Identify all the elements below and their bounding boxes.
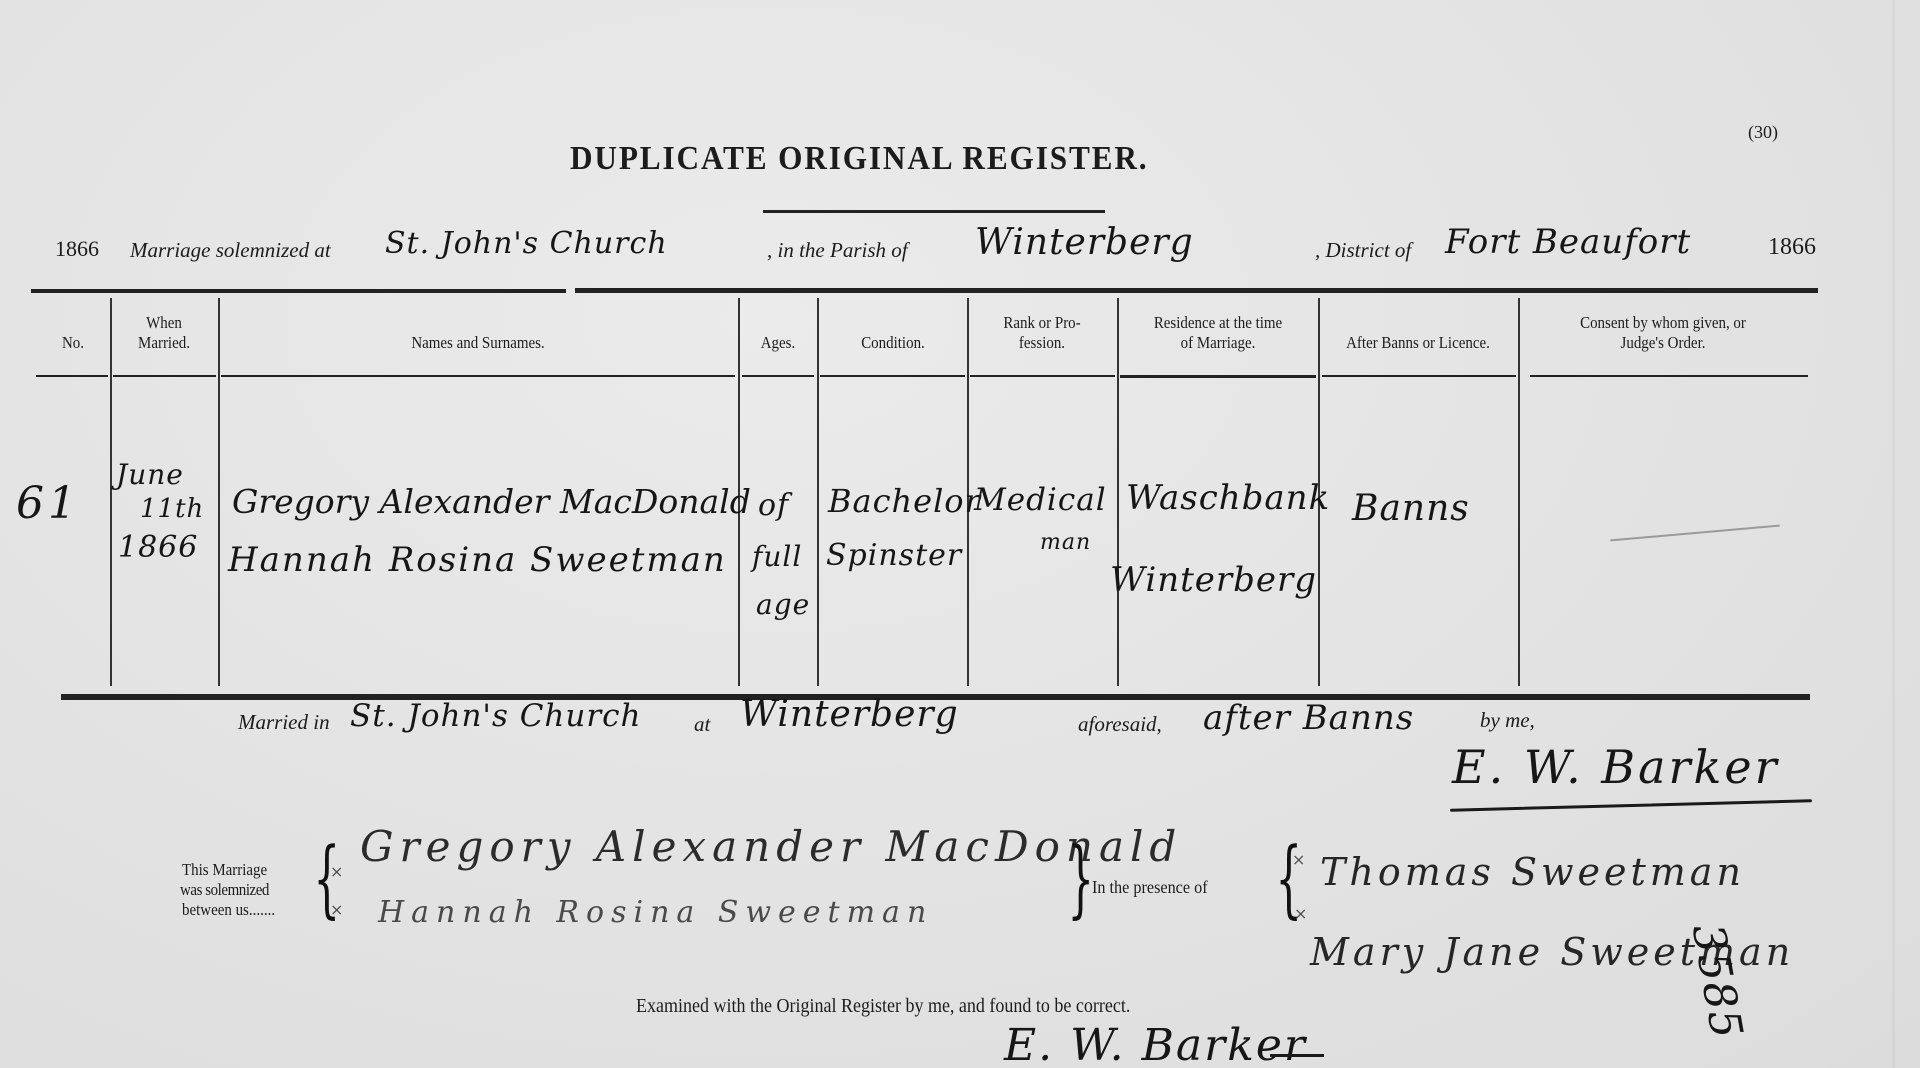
header-underline bbox=[1120, 375, 1316, 378]
ages-line3: age bbox=[756, 588, 810, 621]
header-residence-line1: Residence at the time bbox=[1131, 313, 1305, 333]
year-left: 1866 bbox=[55, 236, 99, 262]
church-field: St. John's Church bbox=[385, 226, 668, 261]
groom-residence: Waschbank bbox=[1126, 478, 1330, 518]
header-condition: Condition. bbox=[829, 333, 957, 353]
officiant-signature: E. W. Barker bbox=[1452, 740, 1780, 794]
header-banns: After Banns or Licence. bbox=[1319, 333, 1516, 353]
witness-2-mark: × bbox=[1294, 904, 1309, 923]
header-underline bbox=[1530, 375, 1808, 377]
header-rank-line1: Rank or Pro- bbox=[978, 313, 1106, 333]
header-no: No. bbox=[44, 333, 102, 353]
header-when-line2: Married. bbox=[118, 333, 210, 353]
married-in-label: Married in bbox=[238, 710, 330, 735]
header-condition-text: Condition. bbox=[861, 333, 925, 352]
header-when-line1: When bbox=[118, 313, 210, 333]
bride-name: Hannah Rosina Sweetman bbox=[228, 540, 727, 580]
header-underline bbox=[221, 375, 735, 377]
header-underline bbox=[820, 375, 965, 377]
header-when-married: When Married. bbox=[118, 313, 210, 353]
ages-line2: full bbox=[752, 540, 802, 573]
groom-name: Gregory Alexander MacDonald bbox=[232, 482, 751, 521]
groom-mark: × bbox=[330, 862, 345, 881]
date-year: 1866 bbox=[118, 530, 198, 565]
column-divider bbox=[1117, 298, 1119, 686]
bride-residence: Winterberg bbox=[1110, 560, 1317, 600]
page-number: (30) bbox=[1748, 122, 1778, 143]
examiner-signature-dash bbox=[1270, 1054, 1324, 1057]
married-place-field: Winterberg bbox=[740, 694, 959, 735]
ages-line1: of bbox=[758, 488, 789, 523]
header-consent-line2: Judge's Order. bbox=[1539, 333, 1787, 353]
district-label: , District of bbox=[1315, 238, 1411, 263]
header-rank: Rank or Pro- fession. bbox=[978, 313, 1106, 353]
parish-field: Winterberg bbox=[975, 222, 1194, 263]
header-underline bbox=[742, 375, 814, 377]
header-rank-line2: fession. bbox=[978, 333, 1106, 353]
after-what-field: after Banns bbox=[1203, 698, 1414, 738]
presence-label: In the presence of bbox=[1092, 877, 1208, 898]
header-ages-text: Ages. bbox=[761, 333, 795, 352]
header-underline bbox=[36, 375, 108, 377]
witness-1-mark: × bbox=[1292, 850, 1307, 869]
examiner-signature: E. W. Barker bbox=[1004, 1020, 1307, 1068]
header-consent: Consent by whom given, or Judge's Order. bbox=[1539, 313, 1787, 353]
column-divider bbox=[1518, 298, 1520, 686]
groom-condition: Bachelor bbox=[828, 482, 981, 520]
document-title: DUPLICATE ORIGINAL REGISTER. bbox=[570, 140, 1148, 178]
year-right: 1866 bbox=[1768, 234, 1816, 261]
table-top-rule-right bbox=[575, 288, 1818, 293]
bride-signature: Hannah Rosina Sweetman bbox=[378, 895, 933, 930]
married-at-label: at bbox=[694, 712, 710, 737]
by-me-label: by me, bbox=[1480, 708, 1535, 733]
date-month: June bbox=[116, 458, 184, 491]
groom-signature: Gregory Alexander MacDonald bbox=[360, 822, 1182, 871]
examined-statement: Examined with the Original Register by m… bbox=[636, 995, 1130, 1018]
right-brace-icon: } bbox=[1067, 836, 1094, 920]
solemnized-label-2: was solemnized bbox=[180, 880, 269, 900]
table-top-rule-left bbox=[31, 289, 566, 293]
solemnized-label-3: between us....... bbox=[182, 900, 275, 920]
district-field: Fort Beaufort bbox=[1445, 222, 1691, 262]
header-residence-line2: of Marriage. bbox=[1131, 333, 1305, 353]
header-names: Names and Surnames. bbox=[253, 333, 704, 353]
header-consent-line1: Consent by whom given, or bbox=[1539, 313, 1787, 333]
solemnized-label-1: This Marriage bbox=[182, 860, 267, 880]
column-divider bbox=[817, 298, 819, 686]
witness-1-signature: Thomas Sweetman bbox=[1320, 850, 1745, 894]
header-underline bbox=[970, 375, 1115, 377]
header-ages: Ages. bbox=[745, 333, 812, 353]
rank-line2: man bbox=[1040, 530, 1091, 555]
married-church-field: St. John's Church bbox=[350, 698, 642, 734]
bride-mark: × bbox=[330, 900, 345, 919]
solemnized-label: Marriage solemnized at bbox=[130, 238, 331, 263]
column-divider bbox=[110, 298, 112, 686]
header-no-text: No. bbox=[62, 333, 84, 352]
header-banns-text: After Banns or Licence. bbox=[1346, 333, 1490, 352]
header-residence: Residence at the time of Marriage. bbox=[1131, 313, 1305, 353]
aforesaid-label: aforesaid, bbox=[1078, 712, 1162, 737]
header-underline bbox=[1322, 375, 1516, 377]
banns-or-licence: Banns bbox=[1352, 488, 1470, 529]
header-names-text: Names and Surnames. bbox=[411, 333, 544, 352]
entry-number: 61 bbox=[16, 478, 80, 529]
title-underline bbox=[763, 210, 1105, 213]
bride-condition: Spinster bbox=[826, 538, 962, 573]
rank-line1: Medical bbox=[974, 482, 1107, 518]
parish-label: , in the Parish of bbox=[767, 238, 908, 263]
date-day: 11th bbox=[140, 494, 204, 524]
column-divider bbox=[218, 298, 220, 686]
header-underline bbox=[113, 375, 216, 377]
